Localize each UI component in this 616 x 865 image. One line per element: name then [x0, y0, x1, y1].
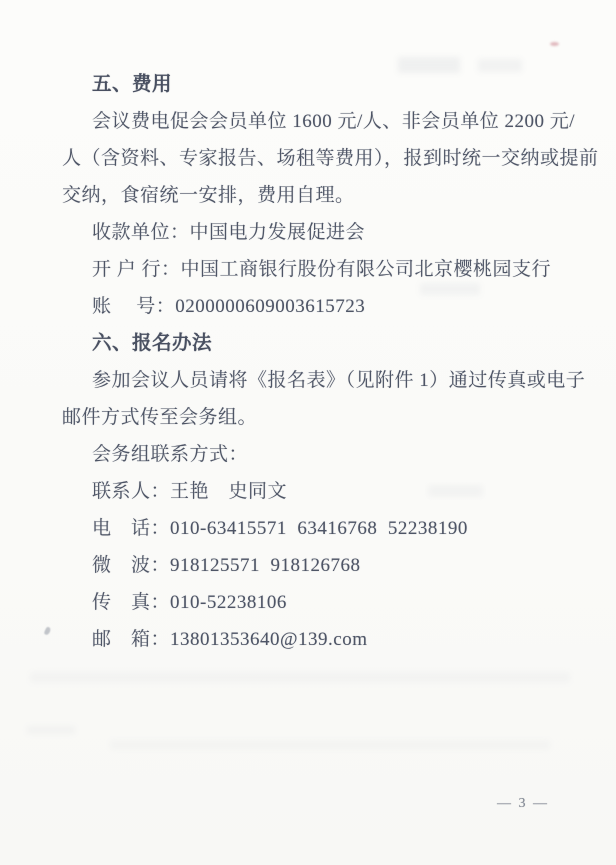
payment-row-bank: 开 户 行：中国工商银行股份有限公司北京樱桃园支行: [62, 251, 599, 288]
payment-row-payee: 收款单位：中国电力发展促进会: [62, 214, 599, 251]
payment-value: 0200000609003615723: [175, 296, 365, 317]
document-body: 五、费用 会议费电促会会员单位 1600 元/人、非会员单位 2200 元/ 人…: [62, 66, 599, 658]
signup-paragraph-line: 邮件方式传至会务组。: [62, 399, 599, 436]
bleed-through-smudge: [30, 672, 570, 683]
contact-row-email: 邮 箱：13801353640@139.com: [62, 621, 599, 658]
page-number: — 3 —: [497, 796, 549, 812]
payment-label: 账 号：: [92, 296, 175, 317]
contact-row-person: 联系人：王艳 史同文: [62, 473, 599, 510]
payment-value: 中国工商银行股份有限公司北京樱桃园支行: [181, 259, 552, 280]
payment-label: 开 户 行：: [92, 259, 181, 280]
scan-speck: [44, 626, 52, 635]
contact-row-phone: 电 话：010-63415571 63416768 52238190: [62, 510, 599, 547]
bleed-through-smudge: [27, 726, 75, 734]
contact-label: 电 话：: [92, 518, 170, 539]
contact-value: 010-52238106: [170, 592, 287, 613]
contact-label: 联系人：: [92, 481, 170, 502]
signup-paragraph-line: 参加会议人员请将《报名表》（见附件 1）通过传真或电子: [62, 362, 599, 399]
payment-value: 中国电力发展促进会: [190, 222, 366, 243]
contact-value: 王艳 史同文: [170, 481, 287, 502]
payment-label: 收款单位：: [92, 222, 190, 243]
fee-paragraph-line: 交纳，食宿统一安排，费用自理。: [62, 177, 599, 214]
contact-value: 010-63415571 63416768 52238190: [170, 518, 468, 539]
payment-row-account: 账 号：0200000609003615723: [62, 288, 599, 325]
red-ink-speck: [550, 42, 559, 46]
contact-row-mobile: 微 波：918125571 918126768: [62, 547, 599, 584]
fee-paragraph-line: 人（含资料、专家报告、场租等费用），报到时统一交纳或提前: [62, 140, 599, 177]
contact-label: 微 波：: [92, 555, 170, 576]
bleed-through-smudge: [110, 740, 550, 750]
signup-section-heading: 六、报名办法: [62, 325, 599, 362]
fee-section-heading: 五、费用: [62, 66, 599, 103]
fee-paragraph-line: 会议费电促会会员单位 1600 元/人、非会员单位 2200 元/: [62, 103, 599, 140]
contact-value: 918125571 918126768: [170, 555, 361, 576]
contact-heading: 会务组联系方式：: [62, 436, 599, 473]
scanned-document-page: 五、费用 会议费电促会会员单位 1600 元/人、非会员单位 2200 元/ 人…: [0, 0, 616, 865]
contact-label: 传 真：: [92, 592, 170, 613]
contact-value: 13801353640@139.com: [170, 629, 367, 650]
contact-row-fax: 传 真：010-52238106: [62, 584, 599, 621]
contact-label: 邮 箱：: [92, 629, 170, 650]
